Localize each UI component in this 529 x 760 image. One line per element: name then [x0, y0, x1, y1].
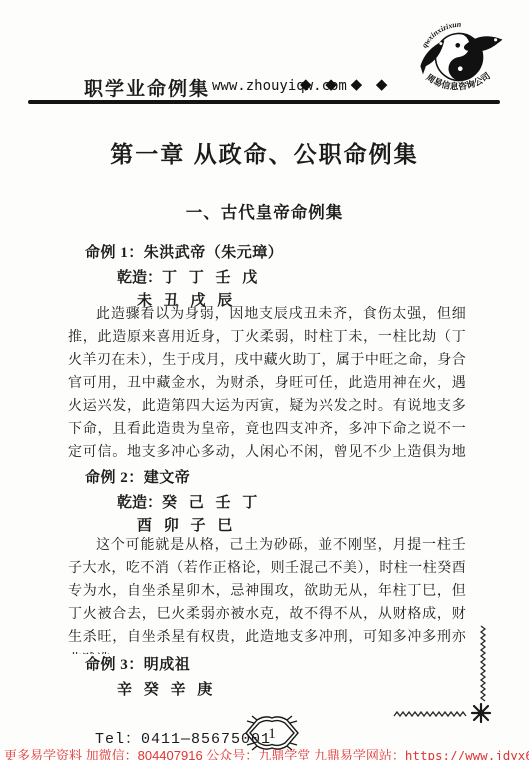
vertical-squiggle-icon: [481, 626, 485, 701]
corner-squiggle-ornament: [392, 620, 502, 730]
yinyang-fish-logo-icon: qwxinxizixun 周易信息咨询公司: [410, 15, 508, 96]
stems-row: 癸 己 壬 丁: [162, 495, 261, 511]
case-3-heading: 命例 3：明成祖: [85, 653, 190, 674]
red-watermark-line: 更多易学资料 加微信：804407916 公众号：九鼎学堂 九鼎易学网站：htt…: [4, 745, 527, 760]
case-1-analysis-paragraph: 此造骤看以为身弱，因地支辰戌丑未齐，食伤太强，但细推，此造原来喜用近身，丁火柔弱…: [68, 303, 466, 466]
watermark-url-link[interactable]: https://www.jdyx6.com/: [405, 748, 529, 760]
stems-row: 丁 丁 壬 戊: [162, 270, 261, 286]
scanned-book-page: 职学业命例集 www.zhouyiqw.com ◆ ◆ ◆ ◆ qwxinxiz…: [0, 0, 529, 760]
qianzao-label: 乾造：: [117, 270, 162, 286]
case-2-pillars-stems: 乾造：癸 己 壬 丁: [117, 491, 261, 512]
qianzao-label: 乾造：: [117, 495, 162, 511]
watermark-text: 更多易学资料 加微信：804407916 公众号：九鼎学堂 九鼎易学网站：: [4, 748, 405, 760]
horizontal-squiggle-icon: [394, 712, 466, 716]
case-2-pillars-branches: 酉 卯 子 巳: [137, 514, 236, 535]
case-1-pillars-stems: 乾造：丁 丁 壬 戊: [117, 266, 261, 287]
company-logo: qwxinxizixun 周易信息咨询公司: [400, 8, 518, 106]
flower-icon: [472, 704, 490, 722]
book-title: 职学业命例集: [84, 74, 210, 101]
case-1-heading: 命例 1：朱洪武帝（朱元璋）: [85, 241, 283, 262]
case-3-pillars-stems: 辛 癸 辛 庚: [117, 678, 216, 699]
diamond-ornaments: ◆ ◆ ◆ ◆: [300, 75, 392, 94]
case-2-heading: 命例 2：建文帝: [85, 466, 190, 487]
section-title: 一、古代皇帝命例集: [0, 199, 529, 223]
header-divider: [28, 100, 500, 104]
chapter-title: 第一章 从政命、公职命例集: [0, 136, 529, 169]
page-number: 1: [268, 726, 276, 742]
